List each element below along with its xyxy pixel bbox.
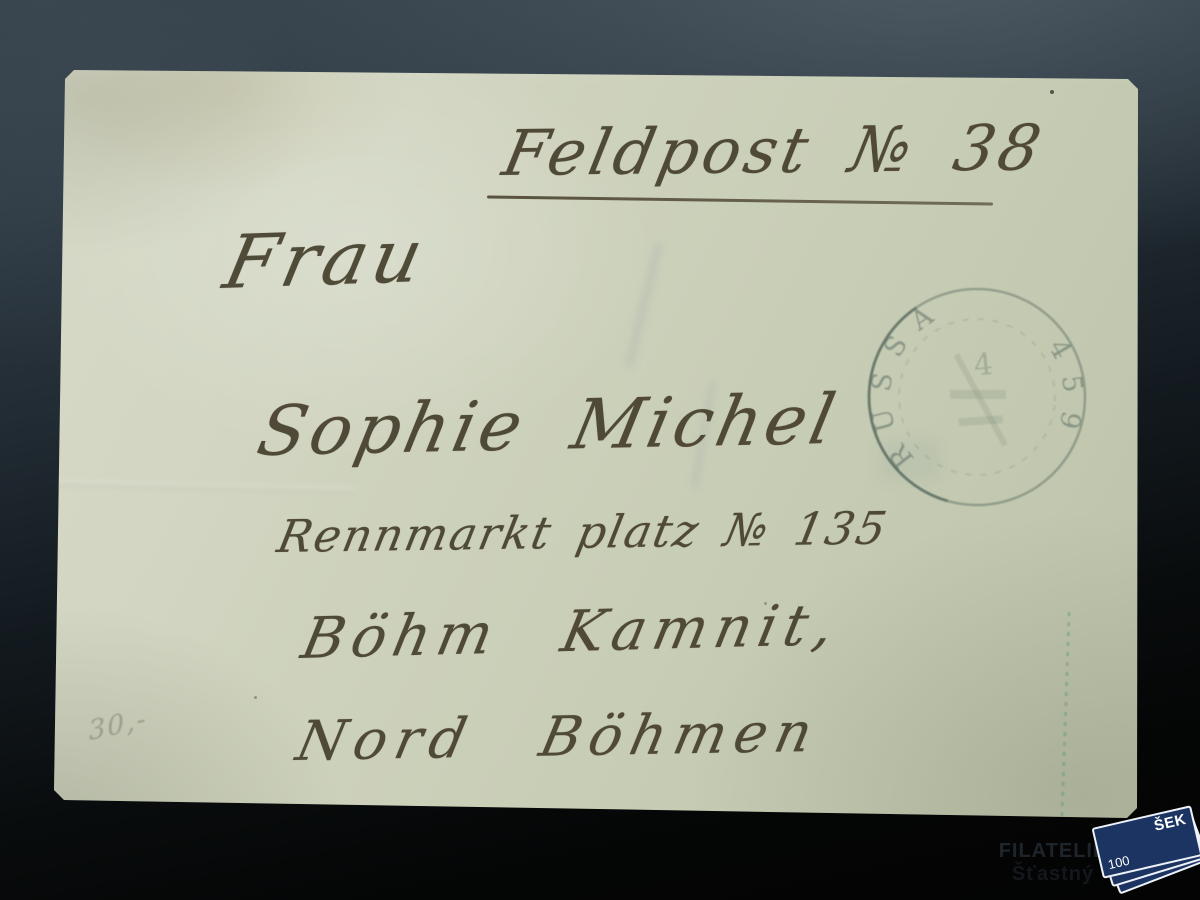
address-street: Rennmarkt platz № 135 (274, 506, 892, 559)
envelope: Feldpost № 38 Frau Sophie Michel Rennmar… (0, 0, 1200, 900)
foxing-speck (254, 696, 257, 699)
postmark-digit: 5 (1055, 373, 1088, 394)
postmark-letter: U (866, 405, 902, 435)
address-town: Böhm Kamnit, (297, 597, 845, 668)
postmark-digit: 4 (1042, 334, 1077, 364)
postmark-digit: 9 (1052, 408, 1086, 432)
postmark-crest-bar (950, 390, 1006, 399)
postmark-letter: A (905, 300, 940, 337)
addressee-name: Sophie Michel (252, 386, 844, 467)
postmark-letter: R (883, 438, 920, 474)
logo-currency-label: ŠEK (1152, 811, 1187, 835)
postmark-letter: S (878, 330, 914, 362)
photo-scene: Feldpost № 38 Frau Sophie Michel Rennmar… (0, 0, 1200, 900)
postmark-letter: S (866, 370, 900, 393)
address-region: Nord Böhmen (292, 705, 825, 769)
postmark-stamp: R U S S A 4 5 9 4 (851, 271, 1104, 524)
addressee-title: Frau (218, 219, 434, 300)
banknote-stack-logo: ŠEK 100 (1088, 806, 1200, 900)
postmark-center-mark: 4 (972, 347, 995, 384)
feldpost-line: Feldpost № 38 (498, 116, 1050, 185)
foxing-speck (1050, 90, 1054, 94)
logo-value-label: 100 (1106, 853, 1131, 872)
